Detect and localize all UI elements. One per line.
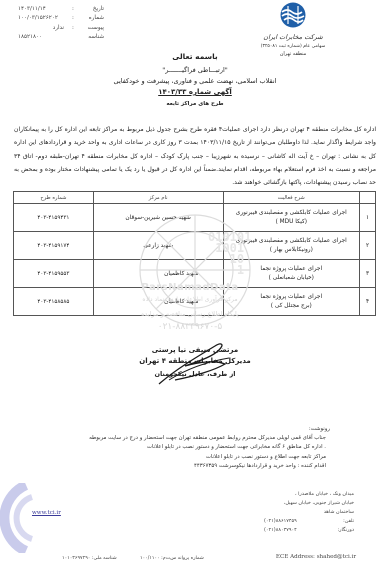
- bismillah: باسمه تعالی: [0, 52, 390, 61]
- address-line: خیابان شیراز جنوبی، خیابان سهیل،: [264, 499, 354, 508]
- address-line: ساختمان شاهد: [264, 508, 354, 517]
- table-header-row: شرح فعالیت نام مرکز شماره طرح: [14, 192, 376, 204]
- cc-heading: رونوشت:: [70, 425, 330, 434]
- meta-label: پیوست: [76, 25, 104, 31]
- row-code: ۴۰۳-۴۱۵۹۱۷۴: [14, 232, 94, 260]
- row-code: ۴۰۳-۴۱۵۹۵۵۳: [14, 260, 94, 288]
- signature-block: مرتضی سیفی نیا پرستی مدیرکل مخابرات منطق…: [100, 346, 290, 378]
- meta-value: ۱۸۵۲۱۸۰۰: [18, 34, 70, 40]
- fax-row: دورنگار: (۰۲۱)۸۸۰۳۷۹۰۴: [264, 526, 354, 535]
- meta-number: شماره : ۱۰۰/۰۳/۱۵۲۶۲۰۲: [18, 14, 104, 24]
- meta-attachment: پیوست : ندارد: [18, 23, 104, 33]
- watermark-digits: 010101 1001 10 1: [208, 232, 268, 276]
- header-code: شماره طرح: [14, 192, 94, 204]
- address-line: میدان ونک ، خیابان ملاصدرا ،: [264, 490, 354, 499]
- ad-number-heading: آگهی شماره ۱۴۰۳/۳۳: [0, 88, 390, 96]
- row-index: ۲: [360, 232, 376, 260]
- company-logo: شرکت مخابرات ایران سهامی عام (شماره ثبت …: [258, 2, 328, 57]
- row-index: ۳: [360, 260, 376, 288]
- year-slogan: انقلاب اسلامی، نهضت علمی و فناوری، پیشرف…: [0, 77, 390, 85]
- watermark-phone: ۰۲۱-۸۸۳۴۹۶۷۰-۵: [100, 322, 280, 332]
- tci-logo-icon: [276, 2, 310, 28]
- meta-value: ۱۴۰۳/۱۱/۱۴: [18, 6, 70, 12]
- table-row: ۱ اجرای عملیات کابلکشی و مفصلبندی فیبرنو…: [14, 204, 376, 232]
- watermark-brand: ParsNamadData: [100, 282, 280, 293]
- national-id: شناسه ملی: ۱۰۱۰۳۶۹۷۲۹۰: [62, 556, 117, 561]
- header-index: [360, 192, 376, 204]
- cc-line: اقدام کننده : واحد خرید و قراردادها نیکو…: [70, 462, 330, 471]
- decorative-arc-icon: [0, 483, 36, 553]
- table-row: ۲ اجرای عملیات کابلکشی و مفصلبندی فیبرنو…: [14, 232, 376, 260]
- document-page: تاریخ : ۱۴۰۳/۱۱/۱۴ شماره : ۱۰۰/۰۳/۱۵۲۶۲۰…: [0, 0, 390, 576]
- letter-meta: تاریخ : ۱۴۰۳/۱۱/۱۴ شماره : ۱۰۰/۰۳/۱۵۲۶۲۰…: [18, 4, 104, 42]
- row-center: شهید حسین شیرین-سوقان: [93, 204, 223, 232]
- row-code: ۴۰۳-۴۱۵۹۴۳۱: [14, 204, 94, 232]
- cc-line: جناب آقای قمی لویلی مدیرکل محترم روابط ع…: [70, 434, 330, 443]
- row-center: شهید زارعی: [93, 232, 223, 260]
- row-index: ۱: [360, 204, 376, 232]
- company-registration: سهامی عام (شماره ثبت ۳۲۵۰۸۱): [258, 44, 328, 49]
- cc-line: . اداره کل مناطق ۶ گانه مخابراتی جهت است…: [70, 443, 330, 452]
- signature-scribble-icon: [155, 340, 235, 388]
- fax-value: (۰۲۱)۸۸۰۳۷۹۰۴: [264, 526, 297, 535]
- meta-id: شناسه ۱۸۵۲۱۸۰۰: [18, 33, 104, 43]
- phone-value: (۰۲۱)۸۸۶۱۷۴۵۹: [264, 517, 297, 526]
- website-link[interactable]: www.tci.ir: [32, 510, 61, 516]
- watermark-line2: پایگاه اطلاع رسانی مناقصه و مزایده: [100, 310, 280, 318]
- row-activity: اجرای عملیات کابلکشی و مفصلبندی فیبرنوری…: [223, 204, 360, 232]
- cc-block: رونوشت: جناب آقای قمی لویلی مدیرکل محترم…: [70, 425, 330, 471]
- meta-value: ۱۰۰/۰۳/۱۵۲۶۲۰۲: [18, 15, 70, 21]
- company-name: شرکت مخابرات ایران: [258, 33, 328, 41]
- watermark-line1: مرکز فرآوری اطلاعات پارس نماد داده: [100, 296, 280, 303]
- cc-line: مراکز تابعه جهت اطلاع و دستور نصب در تاب…: [70, 453, 330, 462]
- slogan: "ارتبـــاطی فراگیـــــــر": [0, 66, 390, 74]
- row-code: ۴۰۳-۴۱۵۸۵۸۵: [14, 288, 94, 316]
- license-number: شماره پروانه س‌ت‌م: ۱۰۰/۱۱۰۰: [140, 556, 204, 561]
- meta-label: تاریخ: [76, 6, 104, 12]
- phone-row: تلفن: (۰۲۱)۸۸۶۱۷۴۵۹: [264, 517, 354, 526]
- meta-label: شماره: [76, 15, 104, 21]
- fax-label: دورنگار:: [338, 526, 354, 535]
- ad-subtitle: طرح های مراکز تابعه: [0, 101, 390, 107]
- phone-label: تلفن:: [343, 517, 354, 526]
- row-index: ۴: [360, 288, 376, 316]
- announcement-body: اداره کل مخابرات منطقه ۴ تهران درنظر دار…: [14, 123, 376, 189]
- meta-value: ندارد: [18, 25, 70, 31]
- meta-date: تاریخ : ۱۴۰۳/۱۱/۱۴: [18, 4, 104, 14]
- header-activity: شرح فعالیت: [223, 192, 360, 204]
- header-center: نام مرکز: [93, 192, 223, 204]
- address-block: میدان ونک ، خیابان ملاصدرا ، خیابان شیرا…: [264, 490, 354, 535]
- meta-label: شناسه: [76, 34, 104, 40]
- ece-address: ECE Address: shahed@tci.ir: [276, 554, 356, 560]
